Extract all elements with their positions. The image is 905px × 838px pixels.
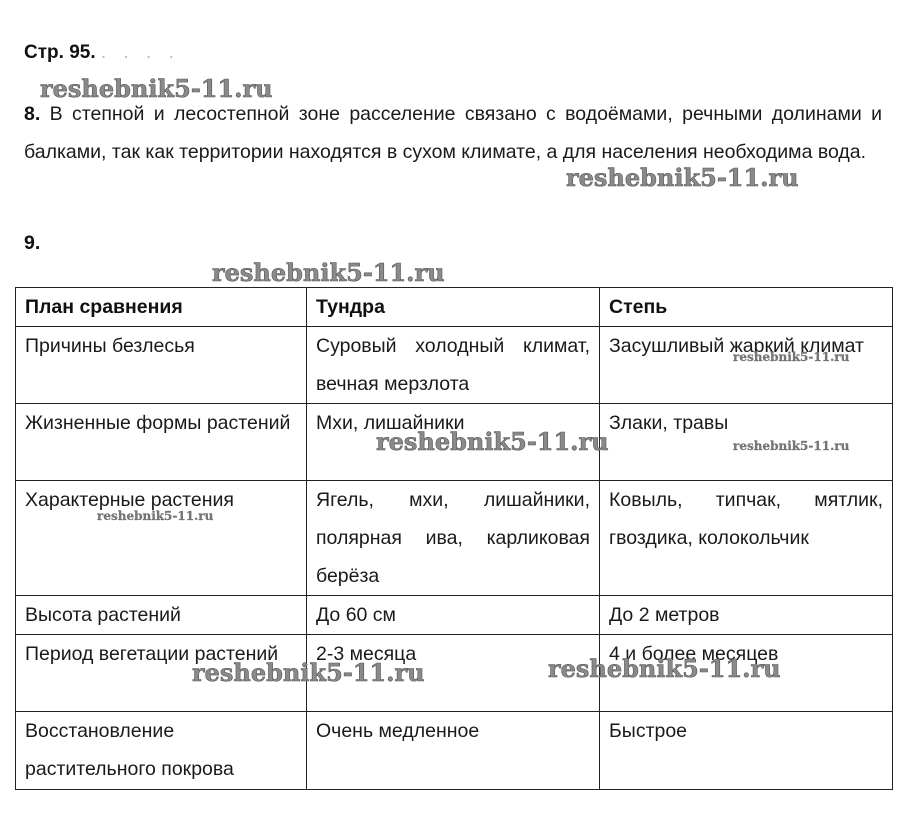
table-row: Период вегетации растений 2-3 месяца 4 и… bbox=[16, 635, 893, 712]
tundra-cell: 2-3 месяца bbox=[307, 635, 600, 712]
row-label: Характерные растения bbox=[16, 481, 307, 596]
steppe-cell: До 2 метров bbox=[600, 596, 893, 635]
header-plan: План сравнения bbox=[16, 288, 307, 327]
tundra-cell: Ягель, мхи, лишайники, полярная ива, кар… bbox=[307, 481, 600, 596]
task-8-answer: 8. В степной и лесостепной зоне расселен… bbox=[24, 96, 882, 171]
steppe-cell: Засушливый жаркий климат bbox=[600, 327, 893, 404]
tundra-cell: Мхи, лишайники bbox=[307, 404, 600, 481]
watermark: reshebnik5-11.ru bbox=[212, 258, 445, 287]
page-ref-label: Стр. 95. bbox=[24, 42, 96, 63]
comparison-table: План сравнения Тундра Степь Причины безл… bbox=[15, 287, 893, 790]
table-row: Жизненные формы растений Мхи, лишайники … bbox=[16, 404, 893, 481]
steppe-cell: Быстрое bbox=[600, 712, 893, 790]
row-label: Жизненные формы растений bbox=[16, 404, 307, 481]
task-8-number: 8. bbox=[24, 103, 40, 125]
task-9-number: 9. bbox=[24, 232, 40, 255]
table-header-row: План сравнения Тундра Степь bbox=[16, 288, 893, 327]
row-label: Высота растений bbox=[16, 596, 307, 635]
tundra-cell: До 60 см bbox=[307, 596, 600, 635]
tundra-cell: Очень медленное bbox=[307, 712, 600, 790]
header-steppe: Степь bbox=[600, 288, 893, 327]
steppe-cell: Ковыль, типчак, мятлик, гвоздика, колоко… bbox=[600, 481, 893, 596]
header-tundra: Тундра bbox=[307, 288, 600, 327]
page-reference: Стр. 95. . . . . bbox=[24, 42, 180, 64]
row-label: Период вегетации растений bbox=[16, 635, 307, 712]
table-row: Высота растений До 60 см До 2 метров bbox=[16, 596, 893, 635]
page-ref-faded: . . . . bbox=[101, 42, 180, 63]
row-label: Восстановление растительного покрова bbox=[16, 712, 307, 790]
tundra-cell: Суровый холодный климат, вечная мерзлота bbox=[307, 327, 600, 404]
steppe-cell: 4 и более месяцев bbox=[600, 635, 893, 712]
row-label: Причины безлесья bbox=[16, 327, 307, 404]
task-8-text: В степной и лесостепной зоне расселение … bbox=[24, 103, 882, 163]
table-row: Причины безлесья Суровый холодный климат… bbox=[16, 327, 893, 404]
table-row: Восстановление растительного покрова Оче… bbox=[16, 712, 893, 790]
table-row: Характерные растения Ягель, мхи, лишайни… bbox=[16, 481, 893, 596]
steppe-cell: Злаки, травы bbox=[600, 404, 893, 481]
